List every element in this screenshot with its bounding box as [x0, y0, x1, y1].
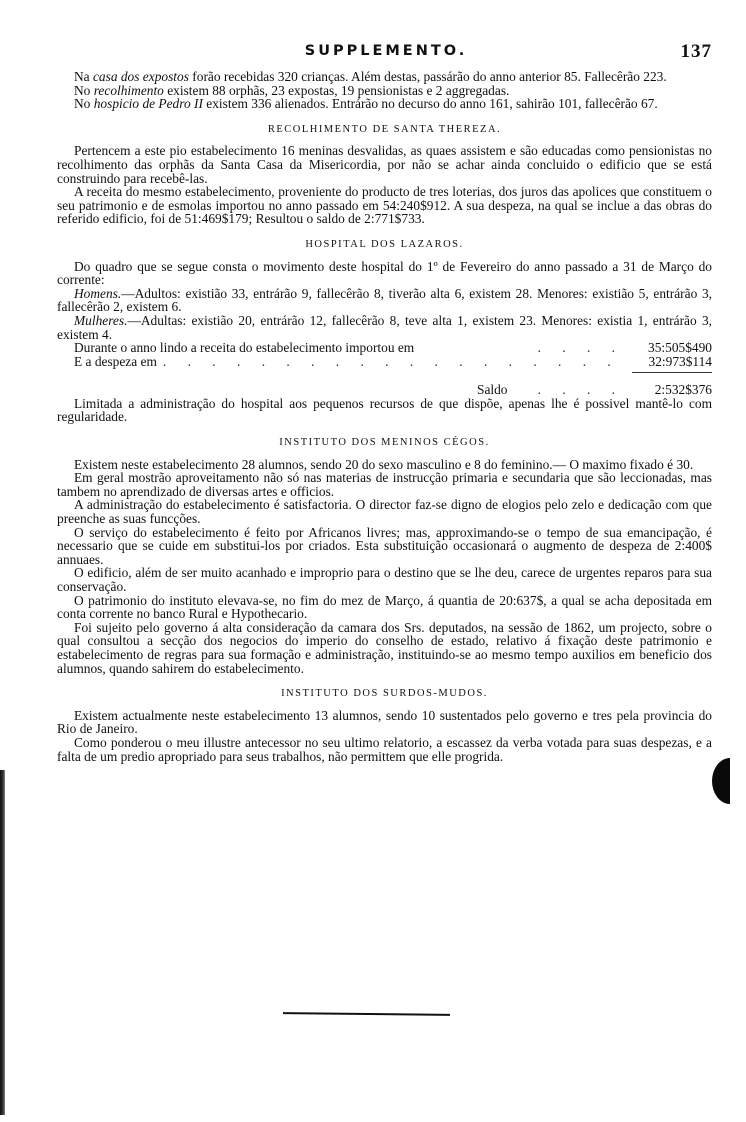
- paragraph: Existem neste estabelecimento 28 alumnos…: [57, 458, 712, 472]
- italic-term: hospicio de Pedro II: [94, 96, 203, 111]
- page-number: 137: [681, 41, 713, 63]
- paragraph: Foi sujeito pelo governo á alta consider…: [57, 621, 712, 675]
- finance-label: E a despeza em: [57, 355, 157, 369]
- binding-shadow: [0, 770, 5, 1115]
- finance-row-saldo: Saldo . . . . 2:532$376: [57, 383, 712, 397]
- finance-value: 35:505$490: [630, 341, 712, 355]
- paragraph-homens: Homens.—Adultos: existião 33, entrárão 9…: [57, 287, 712, 314]
- section-heading-cegos: INSTITUTO DOS MENINOS CÉGOS.: [57, 436, 712, 450]
- finance-table: Durante o anno lindo a receita do estabe…: [57, 341, 712, 397]
- leader-dots: . . . . . . . . . . . . . . . . . . . . …: [157, 355, 630, 369]
- paragraph-casa-expostos: Na casa dos expostos forão recebidas 320…: [57, 70, 712, 84]
- paragraph: Pertencem a este pio estabelecimento 16 …: [57, 144, 712, 185]
- document-page: SUPPLEMENTO. 137 Na casa dos expostos fo…: [0, 0, 746, 1122]
- section-heading-santa-thereza: RECOLHIMENTO DE SANTA THEREZA.: [57, 123, 712, 137]
- finance-label: Saldo: [57, 383, 508, 397]
- paragraph: O serviço do estabelecimento é feito por…: [57, 526, 712, 567]
- finance-value: 32:973$114: [630, 355, 712, 369]
- margin-ink-blot: [712, 758, 730, 804]
- paragraph: Limitada a administração do hospital aos…: [57, 397, 712, 424]
- paragraph-hospicio: No hospicio de Pedro II existem 336 alie…: [57, 97, 712, 111]
- finance-row-despeza: E a despeza em . . . . . . . . . . . . .…: [57, 355, 712, 369]
- finance-label: Durante o anno lindo a receita do estabe…: [57, 341, 414, 355]
- paragraph-recolhimento: No recolhimento existem 88 orphãs, 23 ex…: [57, 84, 712, 98]
- paragraph: A receita do mesmo estabelecimento, prov…: [57, 185, 712, 226]
- leader-dots: . . . .: [508, 383, 630, 397]
- finance-value: 2:532$376: [630, 383, 712, 397]
- paragraph-mulheres: Mulheres.—Adultas: existião 20, entrárão…: [57, 314, 712, 341]
- running-title: SUPPLEMENTO.: [60, 43, 712, 59]
- section-heading-lazaros: HOSPITAL DOS LAZAROS.: [57, 238, 712, 252]
- paragraph: Do quadro que se segue consta o moviment…: [57, 260, 712, 287]
- paragraph: O patrimonio do instituto elevava-se, no…: [57, 594, 712, 621]
- section-heading-surdos-mudos: INSTITUTO DOS SURDOS-MUDOS.: [57, 687, 712, 701]
- paragraph: O edificio, além de ser muito acanhado e…: [57, 566, 712, 593]
- paragraph: Como ponderou o meu illustre antecessor …: [57, 736, 712, 763]
- paragraph: Em geral mostrão aproveitamento não só n…: [57, 471, 712, 498]
- paragraph: Existem actualmente neste estabeleciment…: [57, 709, 712, 736]
- finance-row-receita: Durante o anno lindo a receita do estabe…: [57, 341, 712, 355]
- page-header: SUPPLEMENTO. 137: [60, 43, 712, 65]
- leader-dots: . . . .: [414, 341, 630, 355]
- paragraph: A administração do estabelecimento é sat…: [57, 498, 712, 525]
- page-body: Na casa dos expostos forão recebidas 320…: [57, 70, 712, 763]
- end-of-section-rule: [283, 1012, 450, 1016]
- sum-rule: [632, 372, 712, 373]
